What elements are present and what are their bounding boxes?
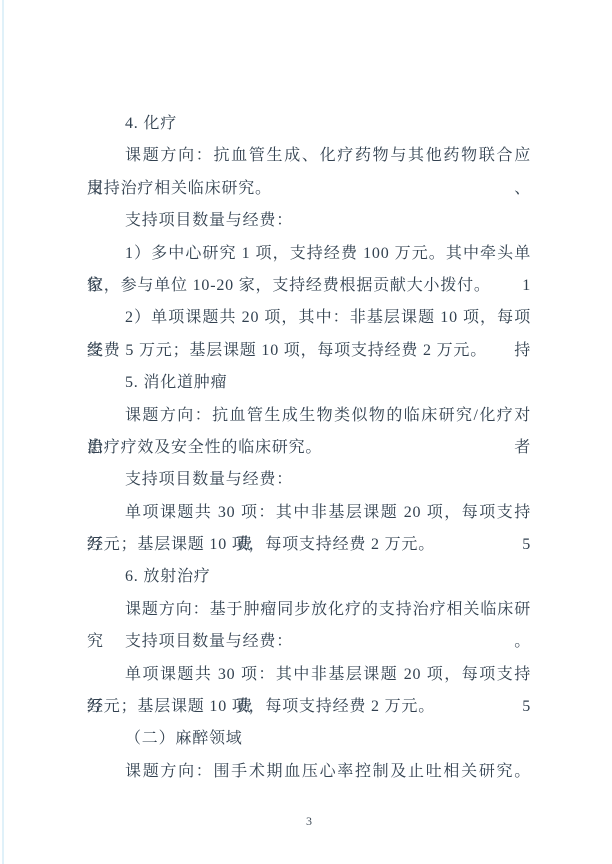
scan-edge-line <box>2 0 4 864</box>
funding-heading-line: 支持项目数量与经费： <box>87 205 531 237</box>
topic-direction-line: 课题方向：围手术期血压心率控制及止吐相关研究。 <box>87 756 531 788</box>
topic-direction-line: 课题方向：抗血管生成、化疗药物与其他药物联合应用、 <box>87 140 531 172</box>
section-heading-radiotherapy: 6. 放射治疗 <box>87 561 531 593</box>
single-project-item-line: 经费 5 万元；基层课题 10 项，每项支持经费 2 万元。 <box>87 335 531 367</box>
single-project-item-line: 2）单项课题共 20 项，其中：非基层课题 10 项，每项支持 <box>87 302 531 334</box>
section-heading-chemotherapy: 4. 化疗 <box>87 108 531 140</box>
multicenter-item-line: 家，参与单位 10-20 家，支持经费根据贡献大小拨付。 <box>87 270 531 302</box>
multicenter-item-line: 1）多中心研究 1 项，支持经费 100 万元。其中牵头单位 1 <box>87 238 531 270</box>
section-heading-anesthesia: （二）麻醉领域 <box>87 723 531 755</box>
topic-direction-line: 课题方向：基于肿瘤同步放化疗的支持治疗相关临床研究。 <box>87 594 531 626</box>
single-project-item-line: 单项课题共 30 项：其中非基层课题 20 项，每项支持经费 5 <box>87 497 531 529</box>
page-number: 3 <box>87 814 531 829</box>
scanned-document-page: 4. 化疗 课题方向：抗血管生成、化疗药物与其他药物联合应用、 支持治疗相关临床… <box>0 0 612 864</box>
topic-direction-line: 课题方向：抗血管生成生物类似物的临床研究/化疗对患者 <box>87 400 531 432</box>
document-text-block: 4. 化疗 课题方向：抗血管生成、化疗药物与其他药物联合应用、 支持治疗相关临床… <box>87 108 531 788</box>
single-project-item-line: 单项课题共 30 项：其中非基层课题 20 项，每项支持经费 5 <box>87 659 531 691</box>
funding-heading-line: 支持项目数量与经费： <box>87 464 531 496</box>
section-heading-digestive-tumor: 5. 消化道肿瘤 <box>87 367 531 399</box>
